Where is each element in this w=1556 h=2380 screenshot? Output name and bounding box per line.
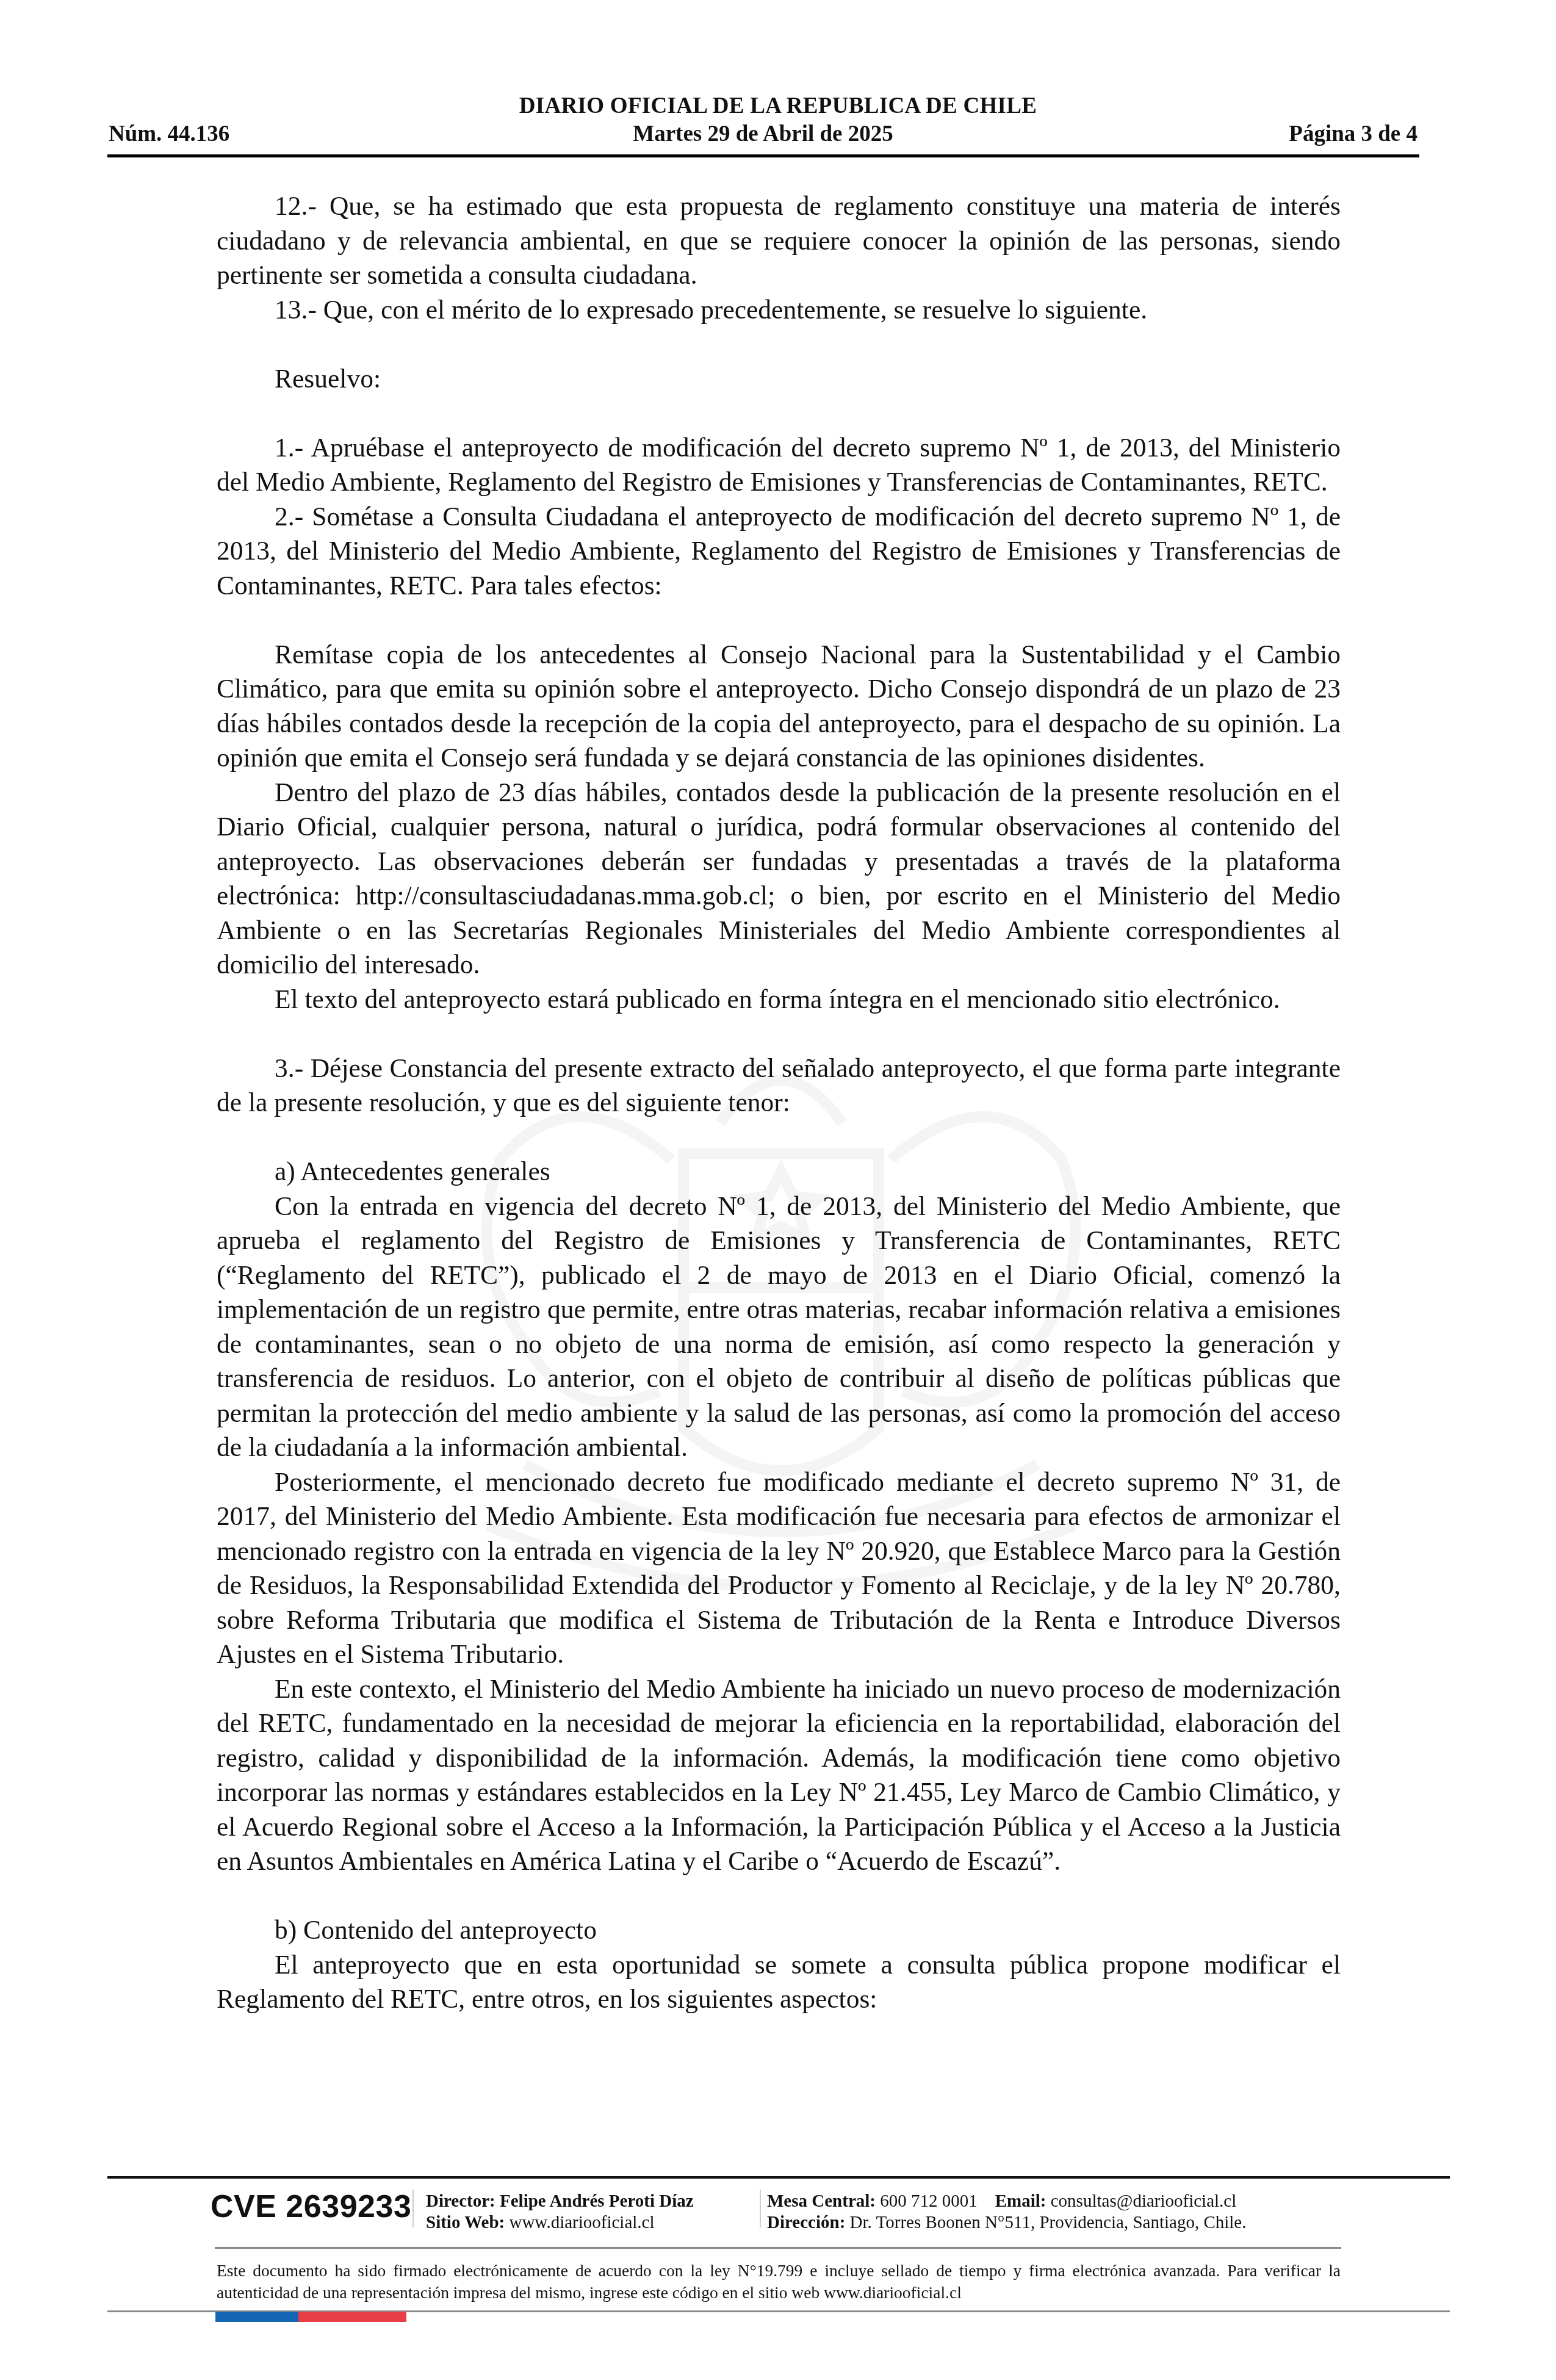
- spacer: [217, 603, 1341, 638]
- document-page: DIARIO OFICIAL DE LA REPUBLICA DE CHILE …: [0, 0, 1556, 2380]
- footer-separator: [412, 2190, 414, 2227]
- section-b-paragraph-1: El anteproyecto que en esta oportunidad …: [217, 1948, 1341, 2017]
- footer-divider-top: [107, 2176, 1450, 2179]
- section-a-paragraph-3: En este contexto, el Ministerio del Medi…: [217, 1672, 1341, 1879]
- spacer: [217, 1120, 1341, 1155]
- director-label: Director:: [426, 2191, 495, 2211]
- paragraph-12: 12.- Que, se ha estimado que esta propue…: [217, 189, 1341, 293]
- address-text: Dr. Torres Boonen N°511, Providencia, Sa…: [850, 2213, 1247, 2232]
- spacer: [217, 396, 1341, 431]
- publication-date: Martes 29 de Abril de 2025: [109, 121, 1417, 147]
- flag-bar-red: [298, 2312, 406, 2322]
- footer-separator: [760, 2190, 761, 2227]
- signature-notice: Este documento ha sido firmado electróni…: [217, 2260, 1341, 2304]
- resolution-item-1: 1.- Apruébase el anteproyecto de modific…: [217, 431, 1341, 500]
- paragraph-dentro-del-plazo: Dentro del plazo de 23 días hábiles, con…: [217, 776, 1341, 983]
- paragraph-texto-anteproyecto: El texto del anteproyecto estará publica…: [217, 983, 1341, 1017]
- section-a-paragraph-2: Posteriormente, el mencionado decreto fu…: [217, 1465, 1341, 1672]
- document-body: 12.- Que, se ha estimado que esta propue…: [217, 189, 1341, 2017]
- phone-number: 600 712 0001: [880, 2191, 978, 2211]
- newspaper-title: DIARIO OFICIAL DE LA REPUBLICA DE CHILE: [0, 93, 1556, 119]
- cve-code: CVE 2639233: [211, 2188, 411, 2225]
- page-indicator: Página 3 de 4: [1289, 121, 1417, 147]
- spacer: [217, 1017, 1341, 1051]
- website-link[interactable]: www.diariooficial.cl: [509, 2213, 654, 2232]
- header-row: Núm. 44.136 Martes 29 de Abril de 2025 P…: [109, 121, 1417, 150]
- director-name: Felipe Andrés Peroti Díaz: [500, 2191, 694, 2211]
- paragraph-remitase: Remítase copia de los antecedentes al Co…: [217, 638, 1341, 776]
- section-a-paragraph-1: Con la entrada en vigencia del decreto N…: [217, 1189, 1341, 1465]
- footer-divider-middle: [215, 2247, 1341, 2249]
- email-link[interactable]: consultas@diariooficial.cl: [1051, 2191, 1237, 2211]
- phone-label: Mesa Central:: [767, 2191, 876, 2211]
- header-divider: [107, 154, 1419, 157]
- email-label: Email:: [995, 2191, 1046, 2211]
- resolution-item-2: 2.- Sométase a Consulta Ciudadana el ant…: [217, 500, 1341, 604]
- website-label: Sitio Web:: [426, 2213, 505, 2232]
- address-label: Dirección:: [767, 2213, 845, 2232]
- footer-contact-block: Mesa Central: 600 712 0001 Email: consul…: [767, 2191, 1246, 2234]
- spacer: [217, 1879, 1341, 1914]
- footer-director-block: Director: Felipe Andrés Peroti Díaz Siti…: [426, 2191, 694, 2234]
- section-a-title: a) Antecedentes generales: [217, 1155, 1341, 1189]
- spacer: [217, 327, 1341, 362]
- resolution-item-3: 3.- Déjese Constancia del presente extra…: [217, 1051, 1341, 1120]
- section-b-title: b) Contenido del anteproyecto: [217, 1913, 1341, 1948]
- paragraph-13: 13.- Que, con el mérito de lo expresado …: [217, 293, 1341, 328]
- flag-bar-blue: [215, 2312, 298, 2322]
- resuelvo-heading: Resuelvo:: [217, 362, 1341, 397]
